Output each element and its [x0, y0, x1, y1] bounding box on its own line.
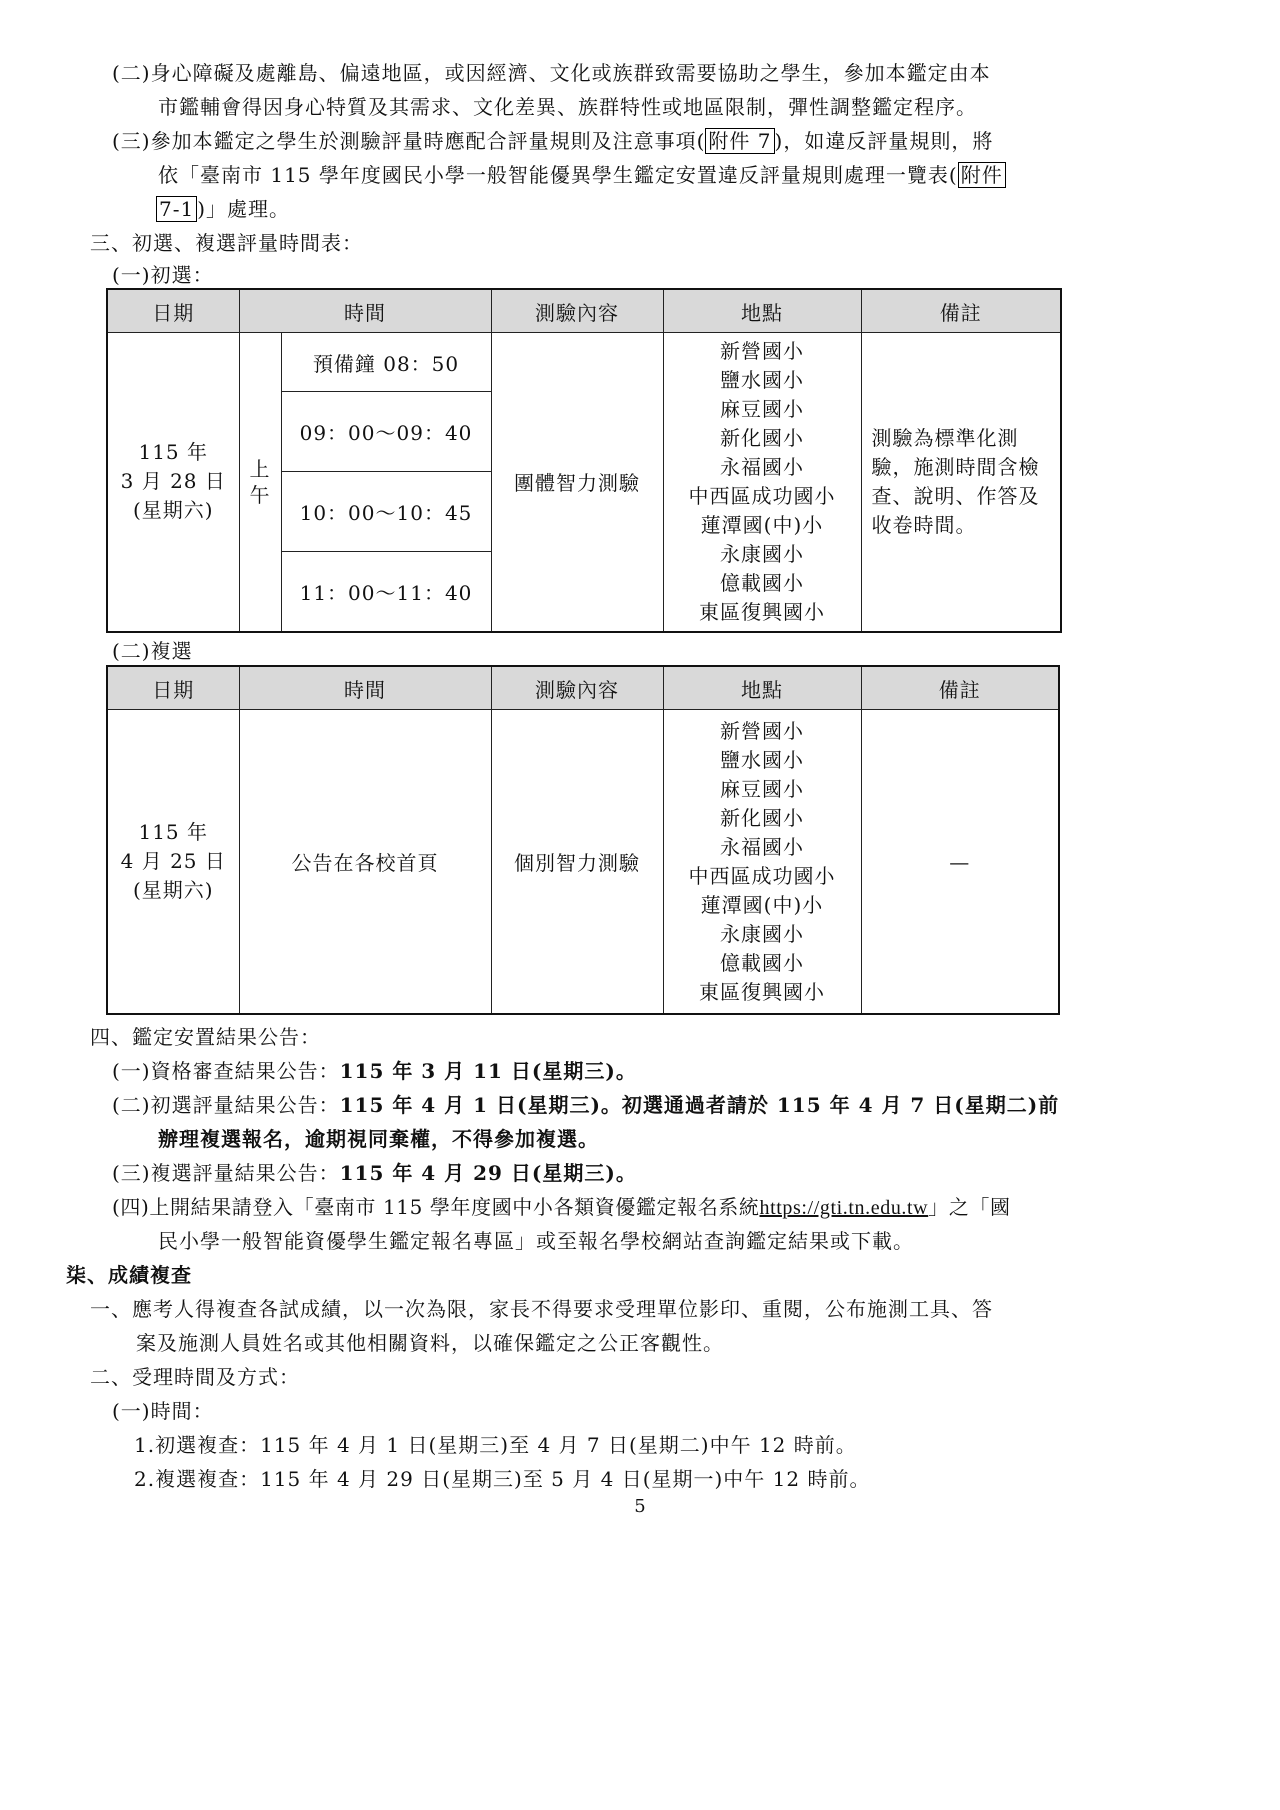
announcement-4-line-2: 民小學一般智能資優學生鑑定報名專區」或至報名學校網站查詢鑑定結果或下載。 — [158, 1226, 914, 1256]
review-item-1-line-2: 案及施測人員姓名或其他相關資料，以確保鑑定之公正客觀性。 — [136, 1328, 724, 1358]
announcement-2: (二)初選評量結果公告：115 年 4 月 1 日(星期三)。初選通過者請於 1… — [112, 1090, 1059, 1120]
header-date: 日期 — [107, 666, 239, 710]
header-time: 時間 — [239, 666, 491, 710]
announcement-1: (一)資格審查結果公告：115 年 3 月 11 日(星期三)。 — [112, 1056, 637, 1086]
location-item: 永福國小 — [664, 453, 861, 482]
date-weekday: (星期六) — [108, 496, 239, 525]
note-line: 收卷時間。 — [872, 511, 1051, 540]
location-item: 新營國小 — [664, 717, 861, 746]
location-item: 中西區成功國小 — [664, 482, 861, 511]
header-location: 地點 — [663, 666, 861, 710]
attachment-7-1-ref-part1: 附件 — [958, 162, 1006, 188]
announcement-2-line-2: 辦理複選報名，逾期視同棄權，不得參加複選。 — [158, 1124, 599, 1154]
announcement-3-date: 115 年 4 月 29 日(星期三)。 — [340, 1161, 637, 1185]
header-content: 測驗內容 — [491, 289, 663, 333]
attachment-7-ref: 附件 7 — [705, 128, 774, 154]
paragraph-3-line-2-text: 依「臺南市 115 學年度國民小學一般智能優異學生鑑定安置違反評量規則處理一覽表… — [158, 163, 958, 187]
header-location: 地點 — [663, 289, 861, 333]
date-day: 4 月 25 日 — [108, 847, 239, 876]
location-item: 永康國小 — [664, 540, 861, 569]
review-item-1-line-1: 一、應考人得複查各試成績，以一次為限，家長不得要求受理單位影印、重閱，公布施測工… — [90, 1294, 993, 1324]
note-line: 驗，施測時間含檢 — [872, 453, 1051, 482]
date-weekday: (星期六) — [108, 876, 239, 905]
location-item: 中西區成功國小 — [664, 862, 861, 891]
paragraph-3-text-a: (三)參加本鑑定之學生於測驗評量時應配合評量規則及注意事項( — [112, 129, 705, 153]
section-4-heading: 四、鑑定安置結果公告： — [90, 1022, 321, 1052]
time-slot: 預備鐘 08：50 — [281, 333, 491, 392]
review-time-subheading: (一)時間： — [112, 1396, 214, 1426]
page-number: 5 — [0, 1496, 1280, 1517]
attachment-7-1-ref-part2: 7-1 — [156, 196, 197, 222]
preliminary-content-cell: 團體智力測驗 — [491, 333, 663, 632]
location-item: 新營國小 — [664, 337, 861, 366]
secondary-time-cell: 公告在各校首頁 — [239, 710, 491, 1015]
registration-system-link[interactable]: https://gti.tn.edu.tw — [760, 1197, 929, 1219]
announcement-4: (四)上開結果請登入「臺南市 115 學年度國中小各類資優鑑定報名系統https… — [112, 1192, 1011, 1223]
header-time: 時間 — [239, 289, 491, 333]
location-item: 鹽水國小 — [664, 746, 861, 775]
time-slot: 11：00～11：40 — [281, 552, 491, 632]
announcement-2-date: 115 年 4 月 1 日(星期三)。初選通過者請於 115 年 4 月 7 日… — [340, 1093, 1060, 1117]
location-item: 新化國小 — [664, 804, 861, 833]
location-item: 東區復興國小 — [664, 978, 861, 1007]
location-item: 永康國小 — [664, 920, 861, 949]
location-item: 蓮潭國(中)小 — [664, 891, 861, 920]
section-7-heading: 柒、成績複查 — [66, 1260, 192, 1290]
review-item-2: 二、受理時間及方式： — [90, 1362, 300, 1392]
secondary-content-cell: 個別智力測驗 — [491, 710, 663, 1015]
location-item: 東區復興國小 — [664, 598, 861, 627]
secondary-subheading: (二)複選 — [112, 636, 193, 666]
table-header-row: 日期 時間 測驗內容 地點 備註 — [107, 289, 1061, 333]
section-3-heading: 三、初選、複選評量時間表： — [90, 228, 363, 258]
review-time-2: 2.複選複查：115 年 4 月 29 日(星期三)至 5 月 4 日(星期一)… — [134, 1464, 870, 1494]
location-item: 億載國小 — [664, 949, 861, 978]
header-date: 日期 — [107, 289, 239, 333]
preliminary-date-cell: 115 年 3 月 28 日 (星期六) — [107, 333, 239, 632]
preliminary-location-cell: 新營國小 鹽水國小 麻豆國小 新化國小 永福國小 中西區成功國小 蓮潭國(中)小… — [663, 333, 861, 632]
paragraph-3-text-b: )，如違反評量規則，將 — [775, 129, 994, 153]
header-note: 備註 — [861, 666, 1059, 710]
location-item: 新化國小 — [664, 424, 861, 453]
location-item: 蓮潭國(中)小 — [664, 511, 861, 540]
secondary-note-cell: — — [861, 710, 1059, 1015]
secondary-schedule-table: 日期 時間 測驗內容 地點 備註 115 年 4 月 25 日 (星期六) 公告… — [106, 665, 1060, 1015]
header-note: 備註 — [861, 289, 1061, 333]
location-item: 麻豆國小 — [664, 395, 861, 424]
secondary-location-cell: 新營國小 鹽水國小 麻豆國小 新化國小 永福國小 中西區成功國小 蓮潭國(中)小… — [663, 710, 861, 1015]
preliminary-subheading: (一)初選： — [112, 260, 214, 290]
announcement-2-label: (二)初選評量結果公告： — [112, 1093, 340, 1117]
location-item: 鹽水國小 — [664, 366, 861, 395]
announcement-4-text-b: 」之「國 — [928, 1195, 1010, 1219]
paragraph-3-line-3-text: )」處理。 — [197, 197, 290, 221]
location-item: 億載國小 — [664, 569, 861, 598]
note-line: 查、說明、作答及 — [872, 482, 1051, 511]
table-row: 115 年 3 月 28 日 (星期六) 上午 預備鐘 08：50 團體智力測驗… — [107, 333, 1061, 392]
date-day: 3 月 28 日 — [108, 467, 239, 496]
announcement-4-text: (四)上開結果請登入「臺南市 115 學年度國中小各類資優鑑定報名系統 — [112, 1195, 760, 1219]
note-line: 測驗為標準化測 — [872, 424, 1051, 453]
time-slot: 09：00～09：40 — [281, 392, 491, 472]
time-slot: 10：00～10：45 — [281, 472, 491, 552]
announcement-1-date: 115 年 3 月 11 日(星期三)。 — [340, 1059, 637, 1083]
paragraph-2-line-2: 市鑑輔會得因身心特質及其需求、文化差異、族群特性或地區限制，彈性調整鑑定程序。 — [158, 92, 977, 122]
announcement-1-label: (一)資格審查結果公告： — [112, 1059, 340, 1083]
location-item: 麻豆國小 — [664, 775, 861, 804]
preliminary-schedule-table: 日期 時間 測驗內容 地點 備註 115 年 3 月 28 日 (星期六) 上午… — [106, 288, 1062, 633]
header-content: 測驗內容 — [491, 666, 663, 710]
paragraph-3-line-2: 依「臺南市 115 學年度國民小學一般智能優異學生鑑定安置違反評量規則處理一覽表… — [158, 160, 1006, 190]
paragraph-3-line-1: (三)參加本鑑定之學生於測驗評量時應配合評量規則及注意事項(附件 7)，如違反評… — [112, 126, 993, 156]
review-time-1: 1.初選複查：115 年 4 月 1 日(星期三)至 4 月 7 日(星期二)中… — [134, 1430, 857, 1460]
paragraph-3-line-3: 7-1)」處理。 — [156, 194, 290, 224]
date-year: 115 年 — [108, 818, 239, 847]
announcement-3: (三)複選評量結果公告：115 年 4 月 29 日(星期三)。 — [112, 1158, 637, 1188]
paragraph-2-line-1: (二)身心障礙及處離島、偏遠地區，或因經濟、文化或族群致需要協助之學生，參加本鑑… — [112, 58, 991, 88]
date-year: 115 年 — [108, 438, 239, 467]
secondary-date-cell: 115 年 4 月 25 日 (星期六) — [107, 710, 239, 1015]
table-header-row: 日期 時間 測驗內容 地點 備註 — [107, 666, 1059, 710]
period-cell: 上午 — [239, 333, 281, 632]
announcement-3-label: (三)複選評量結果公告： — [112, 1161, 340, 1185]
preliminary-note-cell: 測驗為標準化測 驗，施測時間含檢 查、說明、作答及 收卷時間。 — [861, 333, 1061, 632]
location-item: 永福國小 — [664, 833, 861, 862]
table-row: 115 年 4 月 25 日 (星期六) 公告在各校首頁 個別智力測驗 新營國小… — [107, 710, 1059, 1015]
